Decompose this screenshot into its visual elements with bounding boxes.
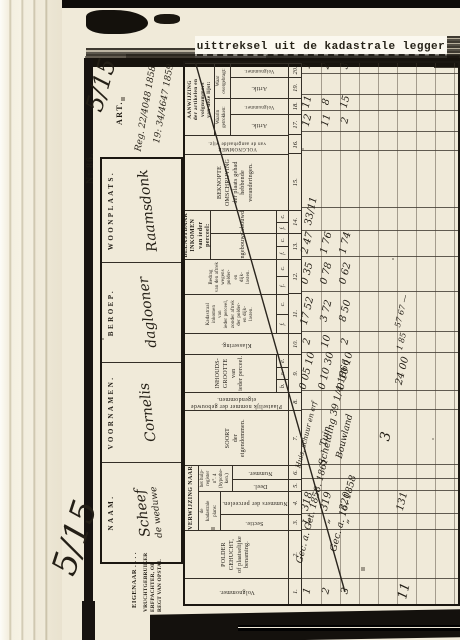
nummers-label: Nummers der perceelen. bbox=[222, 499, 288, 506]
cent-label: c. bbox=[277, 211, 288, 222]
art-label: ART. bbox=[115, 101, 124, 125]
column-number: 14. bbox=[289, 210, 301, 233]
header-omschrijving: BEKNOPTE OMSCHRIJVING der plaats gehad h… bbox=[185, 154, 288, 210]
header-volgnommer2: VOLGNOMMER van de aangehaalde wijz. bbox=[185, 135, 288, 154]
header-verwijzing-group: VERWIJZING NAAR de kadastrale plans: Sec… bbox=[185, 465, 288, 530]
voornamen-column: VOORNAMEN. Cornelis bbox=[102, 362, 181, 462]
gulden-label: f. bbox=[277, 276, 288, 293]
header-volgnommer: Volgnommer. bbox=[185, 578, 288, 604]
waarin-subgroup: Waarin getrokken: Artik. Volgnummer. bbox=[215, 98, 288, 135]
body-row-line bbox=[454, 63, 455, 604]
next-page-edge bbox=[238, 625, 460, 631]
waarin-label: Waarin getrokken: bbox=[215, 99, 231, 135]
artik-label: Artik. bbox=[251, 85, 267, 92]
body-column-line bbox=[302, 529, 460, 578]
volgnommer2-label: VOLGNOMMER van de aangehaalde wijz. bbox=[208, 139, 266, 151]
scan-smudge bbox=[154, 14, 180, 24]
column-number: 10. bbox=[289, 333, 301, 354]
header-artik-19: Artik. bbox=[231, 77, 289, 98]
column-number: 15. bbox=[289, 153, 301, 210]
verwijzing-label: VERWIJZING NAAR bbox=[185, 466, 199, 530]
kad-inkomen-label: Kadastraal inkomen van ieder perceel, zo… bbox=[206, 300, 256, 329]
artik-label: Artik. bbox=[251, 122, 267, 129]
waarover-label: Waar overgebragt: bbox=[215, 64, 231, 98]
header-volgn-18: Volgnummer. bbox=[231, 99, 289, 114]
rotated-form-wrapper: N: 86. ART. 5/15 Reg. 22/4048 1858 19: 3… bbox=[85, 56, 460, 612]
body-row-line bbox=[359, 63, 360, 604]
kadastrale-plans-subgroup: de kadastrale plans: Sectie. Nummers der… bbox=[199, 491, 288, 530]
header-plaatselijk: Plaatselijk nommer der gebouwde eigendom… bbox=[185, 392, 288, 411]
beroep-value: daglooner bbox=[136, 276, 161, 349]
beroep-label: BEROEP. bbox=[102, 263, 115, 362]
omschrijving-label: BEKNOPTE OMSCHRIJVING der plaats gehad h… bbox=[217, 155, 256, 210]
naam-label: NAAM. bbox=[102, 463, 115, 562]
rotated-form: N: 86. ART. 5/15 Reg. 22/4048 1858 19: 3… bbox=[85, 56, 460, 612]
column-number: 1. bbox=[289, 578, 301, 604]
hulpregister-label: het hulp- register n°. 4 (hypothe- ken.) bbox=[199, 466, 233, 491]
inhoud-label: INHOUDS- GROOTTE van ieder perceel. bbox=[215, 356, 246, 391]
ongebouwd-subcol: Ongebouwd. f. c. bbox=[211, 233, 288, 259]
woonplaats-column: WOONPLAATS. Raamsdonk bbox=[102, 159, 181, 262]
register-number: N: 86. bbox=[85, 152, 96, 184]
person-header-box: NAAM. Scheef de weduwe VOORNAMEN. Cornel… bbox=[100, 157, 183, 564]
column-number: 5. bbox=[289, 479, 301, 491]
column-number: 16. bbox=[289, 134, 301, 153]
table-header: Volgnommer. POLDER GEHUCHT, of plaatseli… bbox=[185, 63, 288, 604]
volgn-label: Volgnummer. bbox=[244, 68, 274, 74]
header-nummer: Nummer. bbox=[233, 466, 288, 479]
header-nummers: Nummers der perceelen. bbox=[221, 492, 288, 514]
aanwijzing-label: AANWIJZING der artikelen en volgnummers … bbox=[185, 64, 215, 135]
body-row-line bbox=[435, 63, 436, 604]
kad-plans-label: de kadastrale plans: bbox=[199, 492, 221, 530]
gulden-label: f. bbox=[277, 246, 288, 259]
voornamen-label: VOORNAMEN. bbox=[102, 363, 115, 462]
header-sectie: Sectie. bbox=[221, 514, 288, 530]
waarover-subgroup: Waar overgebragt: Artik. Volgnummer. bbox=[215, 64, 288, 98]
plaatselijk-label: Plaatselijk nommer der gebouwde eigendom… bbox=[185, 395, 288, 409]
nummer-label: Nummer. bbox=[248, 469, 273, 476]
header-kad-inkomen: Kadastraal inkomen van ieder perceel, zo… bbox=[185, 294, 288, 334]
soort-label: SOORT der eigendommen. bbox=[225, 419, 248, 457]
el-label: e. bbox=[277, 355, 288, 367]
document-sheet: uittreksel uit de kadastrale legger N: 8… bbox=[62, 8, 460, 640]
body-row-line bbox=[416, 63, 417, 604]
gebouwd-label: Gebouwd. bbox=[240, 211, 248, 233]
roede-label: r. bbox=[277, 367, 288, 380]
body-row-line bbox=[378, 63, 379, 604]
cent-label: c. bbox=[277, 295, 288, 314]
column-number: 4. bbox=[289, 491, 301, 514]
header-aftrek: Bedrag van den aftrek wegens polder- en … bbox=[185, 259, 288, 294]
sectie-label: Sectie. bbox=[245, 519, 263, 526]
aftrek-label: Bedrag van den aftrek wegens polder- en … bbox=[209, 262, 253, 292]
beroep-column: BEROEP. daglooner bbox=[102, 262, 181, 362]
volgn-label: Volgnummer. bbox=[244, 104, 274, 110]
naam-column: NAAM. Scheef de weduwe bbox=[102, 462, 181, 562]
header-polder: POLDER GEHUCHT, of plaatselijke benaming… bbox=[185, 530, 288, 578]
column-number: 19. bbox=[289, 77, 301, 98]
header-inhoud: INHOUDS- GROOTTE van ieder perceel. b. r… bbox=[185, 354, 288, 392]
page-title: uittreksel uit de kadastrale legger bbox=[197, 41, 446, 56]
table-body: 12311L„„318319320131Huis, schuur en erfT… bbox=[302, 63, 460, 604]
ongebouwd-label: Ongebouwd. bbox=[240, 234, 248, 259]
hulpregister-subgroup: het hulp- register n°. 4 (hypothe- ken.)… bbox=[199, 466, 288, 491]
column-number: 18. bbox=[289, 98, 301, 114]
kadastrale-legger-table: Volgnommer. POLDER GEHUCHT, of plaatseli… bbox=[183, 61, 460, 606]
column-number: 20. bbox=[289, 63, 301, 77]
header-belastbaar-group: BELASTBAAR INKOMEN van ieder perceel: On… bbox=[185, 210, 288, 259]
header-deel: Deel. bbox=[233, 479, 288, 491]
header-klassering: Klassering. bbox=[185, 333, 288, 354]
header-aanwijzing-group: AANWIJZING der artikelen en volgnummers … bbox=[185, 63, 288, 135]
polder-label: POLDER GEHUCHT, of plaatselijke benaming… bbox=[221, 536, 252, 573]
deel-label: Deel. bbox=[253, 482, 267, 489]
header-volgn-20: Volgnummer. bbox=[231, 64, 289, 77]
scan-smudge bbox=[86, 10, 148, 34]
voornamen-value: Cornelis bbox=[136, 382, 159, 443]
volgnommer-label: Volgnommer. bbox=[219, 588, 255, 595]
cent-label: c. bbox=[277, 234, 288, 246]
scanned-register-page: { "scan": { "title": "uittreksel uit de … bbox=[0, 0, 460, 640]
paper-specks bbox=[62, 8, 64, 10]
belastbaar-label: BELASTBAAR INKOMEN van ieder perceel: bbox=[185, 211, 211, 259]
naam-value-area: Scheef de weduwe bbox=[115, 463, 181, 562]
bunder-label: b. bbox=[277, 379, 288, 392]
klassering-label: Klassering. bbox=[221, 341, 252, 348]
header-soort: SOORT der eigendommen. bbox=[185, 410, 288, 464]
woonplaats-label: WOONPLAATS. bbox=[102, 159, 115, 262]
body-column-line bbox=[302, 150, 460, 207]
gulden-label: f. bbox=[277, 314, 288, 334]
gebouwd-subcol: Gebouwd. f. c. bbox=[211, 211, 288, 233]
gulden-label: f. bbox=[277, 222, 288, 234]
header-artik-17: Artik. bbox=[231, 114, 289, 135]
cent-label: c. bbox=[277, 260, 288, 276]
column-number: 8. bbox=[289, 392, 301, 411]
woonplaats-value: Raamsdonk bbox=[135, 168, 161, 252]
